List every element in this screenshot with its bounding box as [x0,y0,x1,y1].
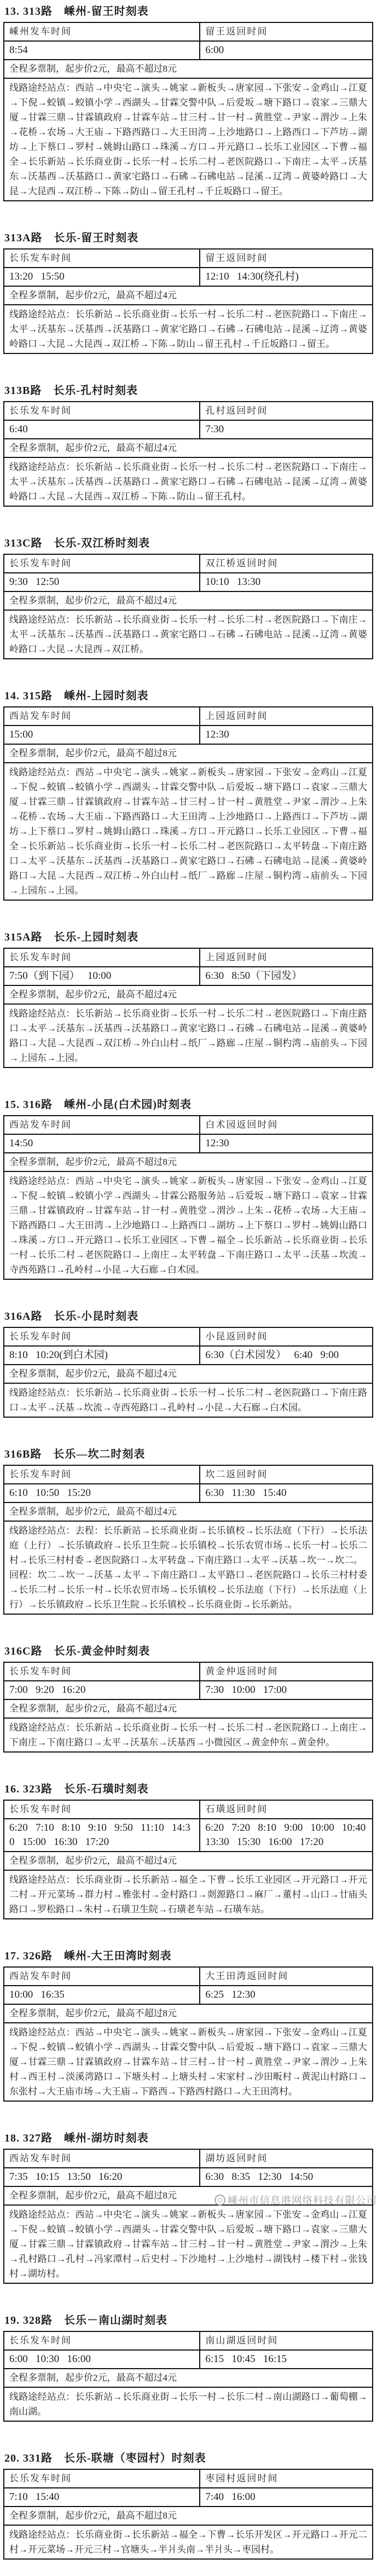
return-header-cell: 白术园返回时间 [200,1116,373,1134]
depart-times-cell: 7:50（到下园） 10:00 [4,967,200,985]
depart-header-cell: 西站发车时间 [4,2149,200,2168]
times-row: 6:40 7:30 [4,420,373,439]
table-header-row: 长乐发车时间 坎二返回时间 [4,1465,373,1484]
depart-times-cell: 7:10 15:40 [4,2488,200,2507]
route-heading: 315A路 长乐-上园时刻表 [4,928,374,944]
times-row: 7:50（到下园） 10:00 6:30 8:50（下园发） [4,967,373,985]
route-stops-row: 线路途经站点：西站→中央宅→演头→姚家→新板头→唐家园→下张安→金鸡山→江夏→下… [4,78,373,201]
return-times-cell: 10:10 13:30 [200,573,373,591]
route-stops-cell: 线路途经站点：西站→中央宅→演头→姚家→新板头→唐家园→下张安→金鸡山→江夏→下… [4,78,373,201]
route-stops-paragraph: 线路途经站点：长乐新站→长乐商业街→长乐一村→长乐二村→南山湖路口→葡萄棚→南山… [9,2389,367,2419]
depart-times-cell: 8:54 [4,41,200,60]
route-section: 313A路 长乐-留王时刻表 长乐发车时间 留王返回时间 13:20 15:50… [3,229,374,354]
route-heading: 15. 316路 嵊州-小昆(白术园)时刻表 [4,1095,374,1111]
route-stops-cell: 线路途经站点：长乐新站→长乐商业街→长乐一村→长乐二村→老医院路口→下南庄→太平… [4,457,373,506]
route-stops-cell: 线路途经站点：长乐商业街→长乐新站→福全→下曹→长乐开发区→开元路口→开元二村→… [4,2525,373,2559]
table-header-row: 长乐发车时间 石璜返回时间 [4,1800,373,1819]
return-times-cell: 6:30 8:35 12:30 14:50 [200,2168,373,2186]
timetable: 长乐发车时间 南山湖返回时间 6:00 10:30 16:00 6:15 10:… [3,2331,373,2422]
fare-cell: 全程多票制，起步价2元，最高不超过8元 [4,2186,373,2205]
timetable: 西站发车时间 大王田湾返回时间 10:00 16:35 6:25 12:30 全… [3,1966,373,2102]
fare-cell: 全程多票制，起步价2元，最高不超过4元 [4,1502,373,1521]
depart-times-cell: 6:10 10:50 15:20 [4,1484,200,1502]
depart-header-cell: 长乐发车时间 [4,554,200,573]
return-times-cell: 12:30 [200,1134,373,1153]
table-header-row: 嵊州发车时间 留王返回时间 [4,22,373,41]
route-section: 17. 326路 嵊州-大王田湾时刻表 西站发车时间 大王田湾返回时间 10:0… [3,1947,374,2102]
timetable: 嵊州发车时间 留王返回时间 8:54 6:00 全程多票制，起步价2元，最高不超… [3,22,373,201]
route-section: 316C路 长乐-黄金仲时刻表 长乐发车时间 黄金仲返回时间 7:00 9:20… [3,1642,374,1753]
fare-row: 全程多票制，起步价2元，最高不超过8元 [4,2507,373,2525]
table-header-row: 长乐发车时间 双江桥返回时间 [4,554,373,573]
route-stops-row: 线路途经站点：长乐新站→长乐商业街→长乐一村→长乐二村→南山湖路口→葡萄棚→南山… [4,2387,373,2421]
fare-cell: 全程多票制，起步价2元，最高不超过8元 [4,1153,373,1171]
route-stops-cell: 线路途经站点：长乐新站→长乐商业街→长乐一村→长乐二村→南山湖路口→葡萄棚→南山… [4,2387,373,2421]
fare-cell: 全程多票制，起步价2元，最高不超过4元 [4,985,373,1004]
route-stops-row: 线路途经站点：长乐新站→长乐商业街→长乐一村→长乐二村→老医院路口→下南庄→太平… [4,305,373,353]
route-stops-row: 线路途经站点：长乐新站→长乐商业街→长乐一村→长乐二村→老医院路口→下南庄路口→… [4,1383,373,1417]
times-row: 13:20 15:50 12:10 14:30(绕孔村) [4,268,373,286]
fare-row: 全程多票制，起步价2元，最高不超过4元 [4,1365,373,1383]
return-times-cell: 7:30 [200,420,373,439]
return-header-cell: 坎二返回时间 [200,1465,373,1484]
depart-times-cell: 10:00 16:35 [4,1986,200,2004]
route-section: 20. 331路 长乐-联塘（枣园村）时刻表 长乐发车时间 枣园村返回时间 7:… [3,2449,374,2560]
depart-header-cell: 长乐发车时间 [4,948,200,967]
route-heading: 313B路 长乐-孔村时刻表 [4,381,374,397]
route-stops-paragraph: 线路途经站点：西站→中央宅→演头→姚家→新板头→唐家园→下张安→金鸡山→江夏→下… [9,2207,367,2281]
route-stops-row: 线路途经站点：长乐商业街→长乐新站→福全→下曹→长乐工业园区→开元路口→开元二村… [4,1870,373,1919]
times-row: 15:00 12:30 [4,726,373,744]
route-stops-paragraph: 线路途经站点：长乐商业街→长乐新站→福全→下曹→长乐开发区→开元路口→开元二村→… [9,2527,367,2557]
return-times-cell: 6:00 [200,41,373,60]
route-heading: 14. 315路 嵊州-上园时刻表 [4,687,374,703]
fare-row: 全程多票制，起步价2元，最高不超过8元 [4,2004,373,2023]
route-heading: 17. 326路 嵊州-大王田湾时刻表 [4,1947,374,1963]
route-stops-cell: 线路途经站点：长乐新站→长乐商业街→长乐一村→长乐二村→老医院路口→下南庄路口→… [4,1383,373,1417]
return-times-cell: 6:25 12:30 [200,1986,373,2004]
fare-cell: 全程多票制，起步价2元，最高不超过8元 [4,60,373,78]
return-header-cell: 上园返回时间 [200,707,373,726]
fare-cell: 全程多票制，起步价2元，最高不超过4元 [4,439,373,457]
route-section: 18. 327路 嵊州-湖坊时刻表 西站发车时间 湖坊返回时间 7:35 10:… [3,2129,374,2284]
route-stops-row: 线路途经站点：西站→中央宅→演头→姚家→新板头→唐家园→下张安→金鸡山→江夏→下… [4,763,373,900]
route-stops-paragraph: 线路途经站点：西站→中央宅→演头→姚家→新板头→唐家园→下张安→金鸡山→江夏→下… [9,80,367,199]
fare-row: 全程多票制，起步价2元，最高不超过4元 [4,591,373,610]
timetable: 长乐发车时间 石璜返回时间 6:20 7:10 8:10 9:10 9:50 1… [3,1800,373,1919]
route-stops-row: 线路途经站点：长乐商业街→长乐新站→福全→下曹→长乐开发区→开元路口→开元二村→… [4,2525,373,2559]
times-row: 8:54 6:00 [4,41,373,60]
timetable: 长乐发车时间 黄金仲返回时间 7:00 9:20 16:20 7:30 10:0… [3,1662,373,1753]
return-header-cell: 南山湖返回时间 [200,2331,373,2350]
table-header-row: 西站发车时间 大王田湾返回时间 [4,1967,373,1986]
route-stops-paragraph: 线路途经站点：长乐新站→长乐商业街→长乐一村→长乐二村→老医院路口→下南庄→太平… [9,460,367,504]
return-times-cell: 7:40 16:00 [200,2488,373,2507]
route-stops-paragraph: 线路途经站点：长乐新站→长乐商业街→长乐一村→长乐二村→老医院路口→下南庄→太平… [9,612,367,657]
return-times-cell: 6:20 7:20 8:10 9:00 10:00 10:40 13:30 15… [200,1819,373,1852]
return-header-cell: 湖坊返回时间 [200,2149,373,2168]
return-header-cell: 孔村返回时间 [200,402,373,420]
route-stops-row: 线路途经站点：长乐新站→长乐商业街→长乐一村→长乐二村→老医院路口→下南庄→太平… [4,610,373,659]
fare-cell: 全程多票制，起步价2元，最高不超过4元 [4,286,373,305]
depart-times-cell: 7:00 9:20 16:20 [4,1681,200,1699]
return-header-cell: 留王返回时间 [200,22,373,41]
route-stops-paragraph: 回程：坎二→坎一→沃基→太平→下南庄路口→太平路口→老医院路口→长乐三村村委→长… [9,1568,367,1612]
route-section: 313B路 长乐-孔村时刻表 长乐发车时间 孔村返回时间 6:40 7:30 全… [3,381,374,507]
fare-cell: 全程多票制，起步价2元，最高不超过4元 [4,2369,373,2387]
route-stops-row: 线路途经站点：西站→中央宅→演头→姚家→新板头→唐家园→下张安→金鸡山→江夏→下… [4,1171,373,1279]
timetable: 长乐发车时间 孔村返回时间 6:40 7:30 全程多票制，起步价2元，最高不超… [3,401,373,507]
table-header-row: 长乐发车时间 南山湖返回时间 [4,2331,373,2350]
depart-header-cell: 西站发车时间 [4,1116,200,1134]
route-stops-cell: 线路途经站点：长乐新站→长乐商业街→长乐一村→长乐二村→老医院路口→上南庄→下南… [4,1718,373,1752]
fare-row: 全程多票制，起步价2元，最高不超过4元 [4,2369,373,2387]
table-header-row: 长乐发车时间 小昆返回时间 [4,1327,373,1346]
route-stops-paragraph: 线路途经站点：长乐新站→长乐商业街→长乐一村→长乐二村→老医院路口→上南庄→下南… [9,1720,367,1750]
times-row: 7:00 9:20 16:20 7:30 10:00 17:00 [4,1681,373,1699]
route-section: 313C路 长乐-双江桥时刻表 长乐发车时间 双江桥返回时间 9:30 12:5… [3,534,374,659]
route-stops-row: 线路途经站点：西站→中央宅→演头→姚家→新板头→唐家园→下张安→金鸡山→江夏→下… [4,2205,373,2283]
fare-cell: 全程多票制，起步价2元，最高不超过4元 [4,1365,373,1383]
table-header-row: 西站发车时间 上园返回时间 [4,707,373,726]
timetable: 长乐发车时间 坎二返回时间 6:10 10:50 15:20 6:30 11:3… [3,1465,373,1615]
route-heading: 316A路 长乐-小昆时刻表 [4,1307,374,1323]
return-header-cell: 枣园村返回时间 [200,2469,373,2488]
timetable: 西站发车时间 湖坊返回时间 7:35 10:15 13:50 16:20 6:3… [3,2149,373,2284]
depart-times-cell: 14:50 [4,1134,200,1153]
depart-header-cell: 长乐发车时间 [4,1800,200,1819]
depart-header-cell: 长乐发车时间 [4,1662,200,1681]
route-stops-row: 线路途经站点：去程：长乐新站→长乐商业街→长乐镇校→长乐法庭（下行）→长乐法庭（… [4,1521,373,1614]
depart-times-cell: 6:00 10:30 16:00 [4,2350,200,2369]
route-section: 316A路 长乐-小昆时刻表 长乐发车时间 小昆返回时间 8:10 10:20(… [3,1307,374,1418]
depart-header-cell: 西站发车时间 [4,1967,200,1986]
route-stops-cell: 线路途经站点：西站→中央宅→演头→姚家→新板头→唐家园→下张安→金鸡山→江夏→下… [4,2023,373,2101]
fare-row: 全程多票制，起步价2元，最高不超过4元 [4,439,373,457]
route-section: 315A路 长乐-上园时刻表 长乐发车时间 上园返回时间 7:50（到下园） 1… [3,928,374,1068]
depart-times-cell: 8:10 10:20(到白术园) [4,1346,200,1365]
table-header-row: 西站发车时间 白术园返回时间 [4,1116,373,1134]
timetable: 西站发车时间 上园返回时间 15:00 12:30 全程多票制，起步价2元，最高… [3,706,373,901]
times-row: 7:35 10:15 13:50 16:20 6:30 8:35 12:30 1… [4,2168,373,2186]
route-stops-cell: 线路途经站点：去程：长乐新站→长乐商业街→长乐镇校→长乐法庭（下行）→长乐法庭（… [4,1521,373,1614]
route-stops-paragraph: 线路途经站点：长乐新站→长乐商业街→长乐一村→长乐二村→老医院路口→下南庄→太平… [9,307,367,351]
route-section: 15. 316路 嵊州-小昆(白术园)时刻表 西站发车时间 白术园返回时间 14… [3,1095,374,1280]
return-header-cell: 大王田湾返回时间 [200,1967,373,1986]
times-row: 10:00 16:35 6:25 12:30 [4,1986,373,2004]
return-header-cell: 留王返回时间 [200,249,373,268]
timetable: 长乐发车时间 上园返回时间 7:50（到下园） 10:00 6:30 8:50（… [3,948,373,1068]
route-heading: 19. 328路 长乐－南山湖时刻表 [4,2311,374,2327]
route-stops-paragraph: 线路途经站点：去程：长乐新站→长乐商业街→长乐镇校→长乐法庭（下行）→长乐法庭（… [9,1523,367,1568]
times-row: 6:00 10:30 16:00 6:15 10:45 16:15 [4,2350,373,2369]
table-header-row: 长乐发车时间 孔村返回时间 [4,402,373,420]
depart-header-cell: 长乐发车时间 [4,1465,200,1484]
fare-row: 全程多票制，起步价2元，最高不超过4元 [4,985,373,1004]
return-times-cell: 6:30 8:50（下园发） [200,967,373,985]
fare-cell: 全程多票制，起步价2元，最高不超过4元 [4,1852,373,1870]
route-stops-paragraph: 线路途经站点：西站→中央宅→演头→姚家→新板头→唐家园→下张安→金鸡山→江夏→下… [9,765,367,898]
route-section: 316B路 长乐—坎二时刻表 长乐发车时间 坎二返回时间 6:10 10:50 … [3,1445,374,1615]
depart-header-cell: 长乐发车时间 [4,249,200,268]
timetable: 长乐发车时间 双江桥返回时间 9:30 12:50 10:10 13:30 全程… [3,554,373,659]
route-stops-cell: 线路途经站点：西站→中央宅→演头→姚家→新板头→唐家园→下张安→金鸡山→江夏→下… [4,763,373,900]
timetable: 长乐发车时间 枣园村返回时间 7:10 15:40 7:40 16:00 全程多… [3,2469,373,2560]
fare-cell: 全程多票制，起步价2元，最高不超过4元 [4,591,373,610]
depart-times-cell: 6:20 7:10 8:10 9:10 9:50 11:10 14:30 15:… [4,1819,200,1852]
route-heading: 316C路 长乐-黄金仲时刻表 [4,1642,374,1658]
route-section: 16. 323路 长乐-石璜时刻表 长乐发车时间 石璜返回时间 6:20 7:1… [3,1780,374,1919]
return-times-cell: 6:30（白术园发） 6:40 9:00 [200,1346,373,1365]
return-header-cell: 双江桥返回时间 [200,554,373,573]
fare-row: 全程多票制，起步价2元，最高不超过8元 [4,60,373,78]
depart-times-cell: 15:00 [4,726,200,744]
fare-cell: 全程多票制，起步价2元，最高不超过4元 [4,1699,373,1718]
times-row: 9:30 12:50 10:10 13:30 [4,573,373,591]
fare-row: 全程多票制，起步价2元，最高不超过4元 [4,1852,373,1870]
timetable: 西站发车时间 白术园返回时间 14:50 12:30 全程多票制，起步价2元，最… [3,1115,373,1280]
route-stops-cell: 线路途经站点：西站→中央宅→演头→姚家→新板头→唐家园→下张安→金鸡山→江夏→下… [4,1171,373,1279]
return-times-cell: 12:30 [200,726,373,744]
times-row: 8:10 10:20(到白术园) 6:30（白术园发） 6:40 9:00 [4,1346,373,1365]
route-stops-row: 线路途经站点：西站→中央宅→演头→姚家→新板头→唐家园→下张安→金鸡山→江夏→下… [4,2023,373,2101]
route-section: 19. 328路 长乐－南山湖时刻表 长乐发车时间 南山湖返回时间 6:00 1… [3,2311,374,2422]
depart-times-cell: 13:20 15:50 [4,268,200,286]
times-row: 6:20 7:10 8:10 9:10 9:50 11:10 14:30 15:… [4,1819,373,1852]
timetable: 长乐发车时间 留王返回时间 13:20 15:50 12:10 14:30(绕孔… [3,248,373,354]
route-stops-row: 线路途经站点：长乐新站→长乐商业街→长乐一村→长乐二村→老医院路口→下南庄路口→… [4,1004,373,1067]
depart-times-cell: 9:30 12:50 [4,573,200,591]
table-header-row: 长乐发车时间 上园返回时间 [4,948,373,967]
route-stops-row: 线路途经站点：长乐新站→长乐商业街→长乐一村→长乐二村→老医院路口→下南庄→太平… [4,457,373,506]
fare-row: 全程多票制，起步价2元，最高不超过4元 [4,1502,373,1521]
timetable: 长乐发车时间 小昆返回时间 8:10 10:20(到白术园) 6:30（白术园发… [3,1327,373,1418]
route-stops-paragraph: 线路途经站点：西站→中央宅→演头→姚家→新板头→唐家园→下张安→金鸡山→江夏→下… [9,2025,367,2099]
route-heading: 16. 323路 长乐-石璜时刻表 [4,1780,374,1796]
return-times-cell: 12:10 14:30(绕孔村) [200,268,373,286]
return-header-cell: 石璜返回时间 [200,1800,373,1819]
depart-header-cell: 长乐发车时间 [4,2331,200,2350]
depart-times-cell: 6:40 [4,420,200,439]
route-heading: 18. 327路 嵊州-湖坊时刻表 [4,2129,374,2145]
fare-row: 全程多票制，起步价2元，最高不超过8元 [4,1153,373,1171]
return-times-cell: 6:30 11:30 15:40 [200,1484,373,1502]
table-header-row: 长乐发车时间 枣园村返回时间 [4,2469,373,2488]
times-row: 7:10 15:40 7:40 16:00 [4,2488,373,2507]
depart-header-cell: 长乐发车时间 [4,1327,200,1346]
fare-row: 全程多票制，起步价2元，最高不超过8元 [4,744,373,763]
route-stops-cell: 线路途经站点：西站→中央宅→演头→姚家→新板头→唐家园→下张安→金鸡山→江夏→下… [4,2205,373,2283]
route-stops-cell: 线路途经站点：长乐新站→长乐商业街→长乐一村→长乐二村→老医院路口→下南庄路口→… [4,1004,373,1067]
route-heading: 316B路 长乐—坎二时刻表 [4,1445,374,1461]
fare-cell: 全程多票制，起步价2元，最高不超过8元 [4,2004,373,2023]
route-stops-cell: 线路途经站点：长乐新站→长乐商业街→长乐一村→长乐二村→老医院路口→下南庄→太平… [4,610,373,659]
depart-header-cell: 西站发车时间 [4,707,200,726]
route-stops-paragraph: 线路途经站点：西站→中央宅→演头→姚家→新板头→唐家园→下张安→金鸡山→江夏→下… [9,1174,367,1277]
timetable-list: 13. 313路 嵊州-留王时刻表 嵊州发车时间 留王返回时间 8:54 6:0… [0,2,377,2560]
return-times-cell: 7:30 10:00 17:00 [200,1681,373,1699]
depart-header-cell: 长乐发车时间 [4,2469,200,2488]
fare-row: 全程多票制，起步价2元，最高不超过4元 [4,1699,373,1718]
route-section: 14. 315路 嵊州-上园时刻表 西站发车时间 上园返回时间 15:00 12… [3,687,374,901]
fare-cell: 全程多票制，起步价2元，最高不超过8元 [4,744,373,763]
route-heading: 20. 331路 长乐-联塘（枣园村）时刻表 [4,2449,374,2465]
route-stops-paragraph: 线路途经站点：长乐新站→长乐商业街→长乐一村→长乐二村→老医院路口→下南庄路口→… [9,1006,367,1065]
return-header-cell: 黄金仲返回时间 [200,1662,373,1681]
times-row: 6:10 10:50 15:20 6:30 11:30 15:40 [4,1484,373,1502]
table-header-row: 长乐发车时间 黄金仲返回时间 [4,1662,373,1681]
depart-header-cell: 长乐发车时间 [4,402,200,420]
return-header-cell: 上园返回时间 [200,948,373,967]
route-heading: 313C路 长乐-双江桥时刻表 [4,534,374,550]
table-header-row: 西站发车时间 湖坊返回时间 [4,2149,373,2168]
route-stops-paragraph: 线路途经站点：长乐新站→长乐商业街→长乐一村→长乐二村→老医院路口→下南庄路口→… [9,1385,367,1415]
route-stops-cell: 线路途经站点：长乐新站→长乐商业街→长乐一村→长乐二村→老医院路口→下南庄→太平… [4,305,373,353]
fare-row: 全程多票制，起步价2元，最高不超过8元 [4,2186,373,2205]
times-row: 14:50 12:30 [4,1134,373,1153]
table-header-row: 长乐发车时间 留王返回时间 [4,249,373,268]
route-heading: 13. 313路 嵊州-留王时刻表 [4,2,374,18]
fare-row: 全程多票制，起步价2元，最高不超过4元 [4,286,373,305]
return-header-cell: 小昆返回时间 [200,1327,373,1346]
route-stops-row: 线路途经站点：长乐新站→长乐商业街→长乐一村→长乐二村→老医院路口→上南庄→下南… [4,1718,373,1752]
document-page: 13. 313路 嵊州-留王时刻表 嵊州发车时间 留王返回时间 8:54 6:0… [0,0,377,2576]
route-stops-paragraph: 线路途经站点：长乐商业街→长乐新站→福全→下曹→长乐工业园区→开元路口→开元二村… [9,1872,367,1917]
route-heading: 313A路 长乐-留王时刻表 [4,229,374,245]
return-times-cell: 6:15 10:45 16:15 [200,2350,373,2369]
depart-times-cell: 7:35 10:15 13:50 16:20 [4,2168,200,2186]
route-section: 13. 313路 嵊州-留王时刻表 嵊州发车时间 留王返回时间 8:54 6:0… [3,2,374,201]
route-stops-cell: 线路途经站点：长乐商业街→长乐新站→福全→下曹→长乐工业园区→开元路口→开元二村… [4,1870,373,1919]
depart-header-cell: 嵊州发车时间 [4,22,200,41]
fare-cell: 全程多票制，起步价2元，最高不超过8元 [4,2507,373,2525]
